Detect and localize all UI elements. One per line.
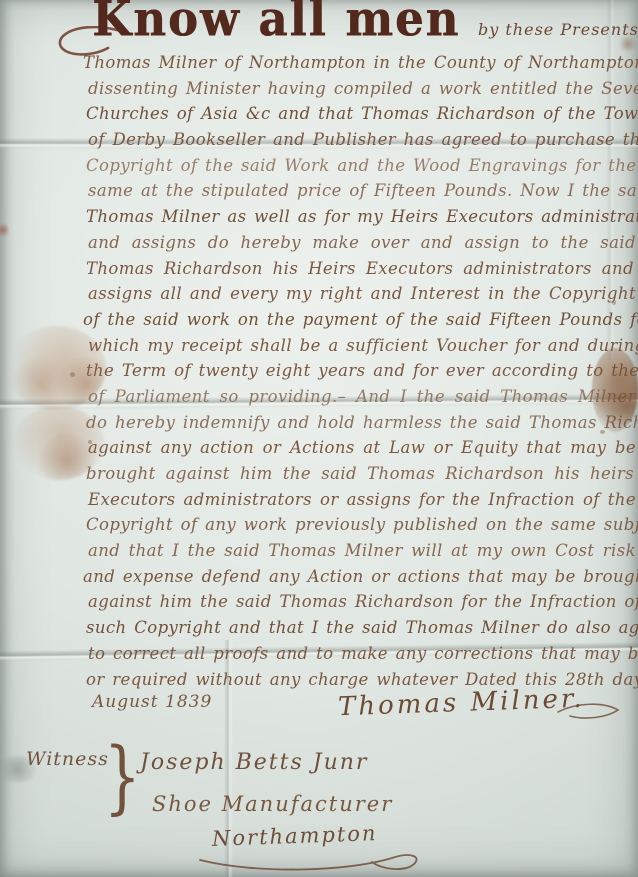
body-line: which my receipt shall be a sufficient V… (88, 333, 636, 359)
body-line: Thomas Richardson his Heirs Executors ad… (86, 256, 634, 282)
body-line: against any action or Actions at Law or … (88, 435, 636, 461)
body-line: brought against him the said Thomas Rich… (86, 461, 634, 487)
heading-blackletter: Know all men (92, 0, 460, 47)
body-line: and that I the said Thomas Milner will a… (88, 538, 636, 564)
date-text: August 1839 (92, 692, 212, 712)
body-line: such Copyright and that I the said Thoma… (86, 615, 634, 641)
witness-location: Northampton (212, 821, 378, 851)
heading-continuation: by these Presents that I (478, 20, 638, 39)
body-line: Thomas Milner as well as for my Heirs Ex… (86, 204, 634, 230)
witness-label: Witness (26, 748, 109, 770)
body-line: Executors administrators or assigns for … (88, 487, 636, 513)
body-line: Copyright of any work previously publish… (86, 512, 634, 538)
body-line: and expense defend any Action or actions… (83, 564, 631, 590)
speck (70, 372, 75, 377)
stain-blot (0, 222, 9, 238)
body-line: to correct all proofs and to make any co… (88, 641, 636, 667)
body-line: same at the stipulated price of Fifteen … (88, 178, 636, 204)
witness-flourish-icon (196, 846, 436, 876)
body-line: the Term of twenty eight years and for e… (86, 358, 634, 384)
body-line: Copyright of the said Work and the Wood … (86, 153, 634, 179)
body-line: Churches of Asia &c and that Thomas Rich… (86, 101, 634, 127)
body-line: of the said work on the payment of the s… (83, 307, 631, 333)
body-line: against him the said Thomas Richardson f… (88, 589, 636, 615)
body-line: do hereby indemnify and hold harmless th… (86, 410, 634, 436)
body-line: assigns all and every my right and Inter… (88, 281, 636, 307)
witness-brace: } (104, 730, 141, 823)
witness-occupation: Shoe Manufacturer (152, 792, 393, 816)
body-line: of Derby Bookseller and Publisher has ag… (88, 127, 636, 153)
body-line: and assigns do hereby make over and assi… (88, 230, 636, 256)
witness-name: Joseph Betts Junr (140, 750, 368, 775)
body-text: Thomas Milner of Northampton in the Coun… (86, 50, 634, 692)
body-line: dissenting Minister having compiled a wo… (88, 76, 636, 102)
body-line: of Parliament so providing.– And I the s… (88, 384, 636, 410)
body-line: Thomas Milner of Northampton in the Coun… (83, 50, 631, 76)
manuscript-page: Know all men by these Presents that I Th… (0, 0, 638, 877)
